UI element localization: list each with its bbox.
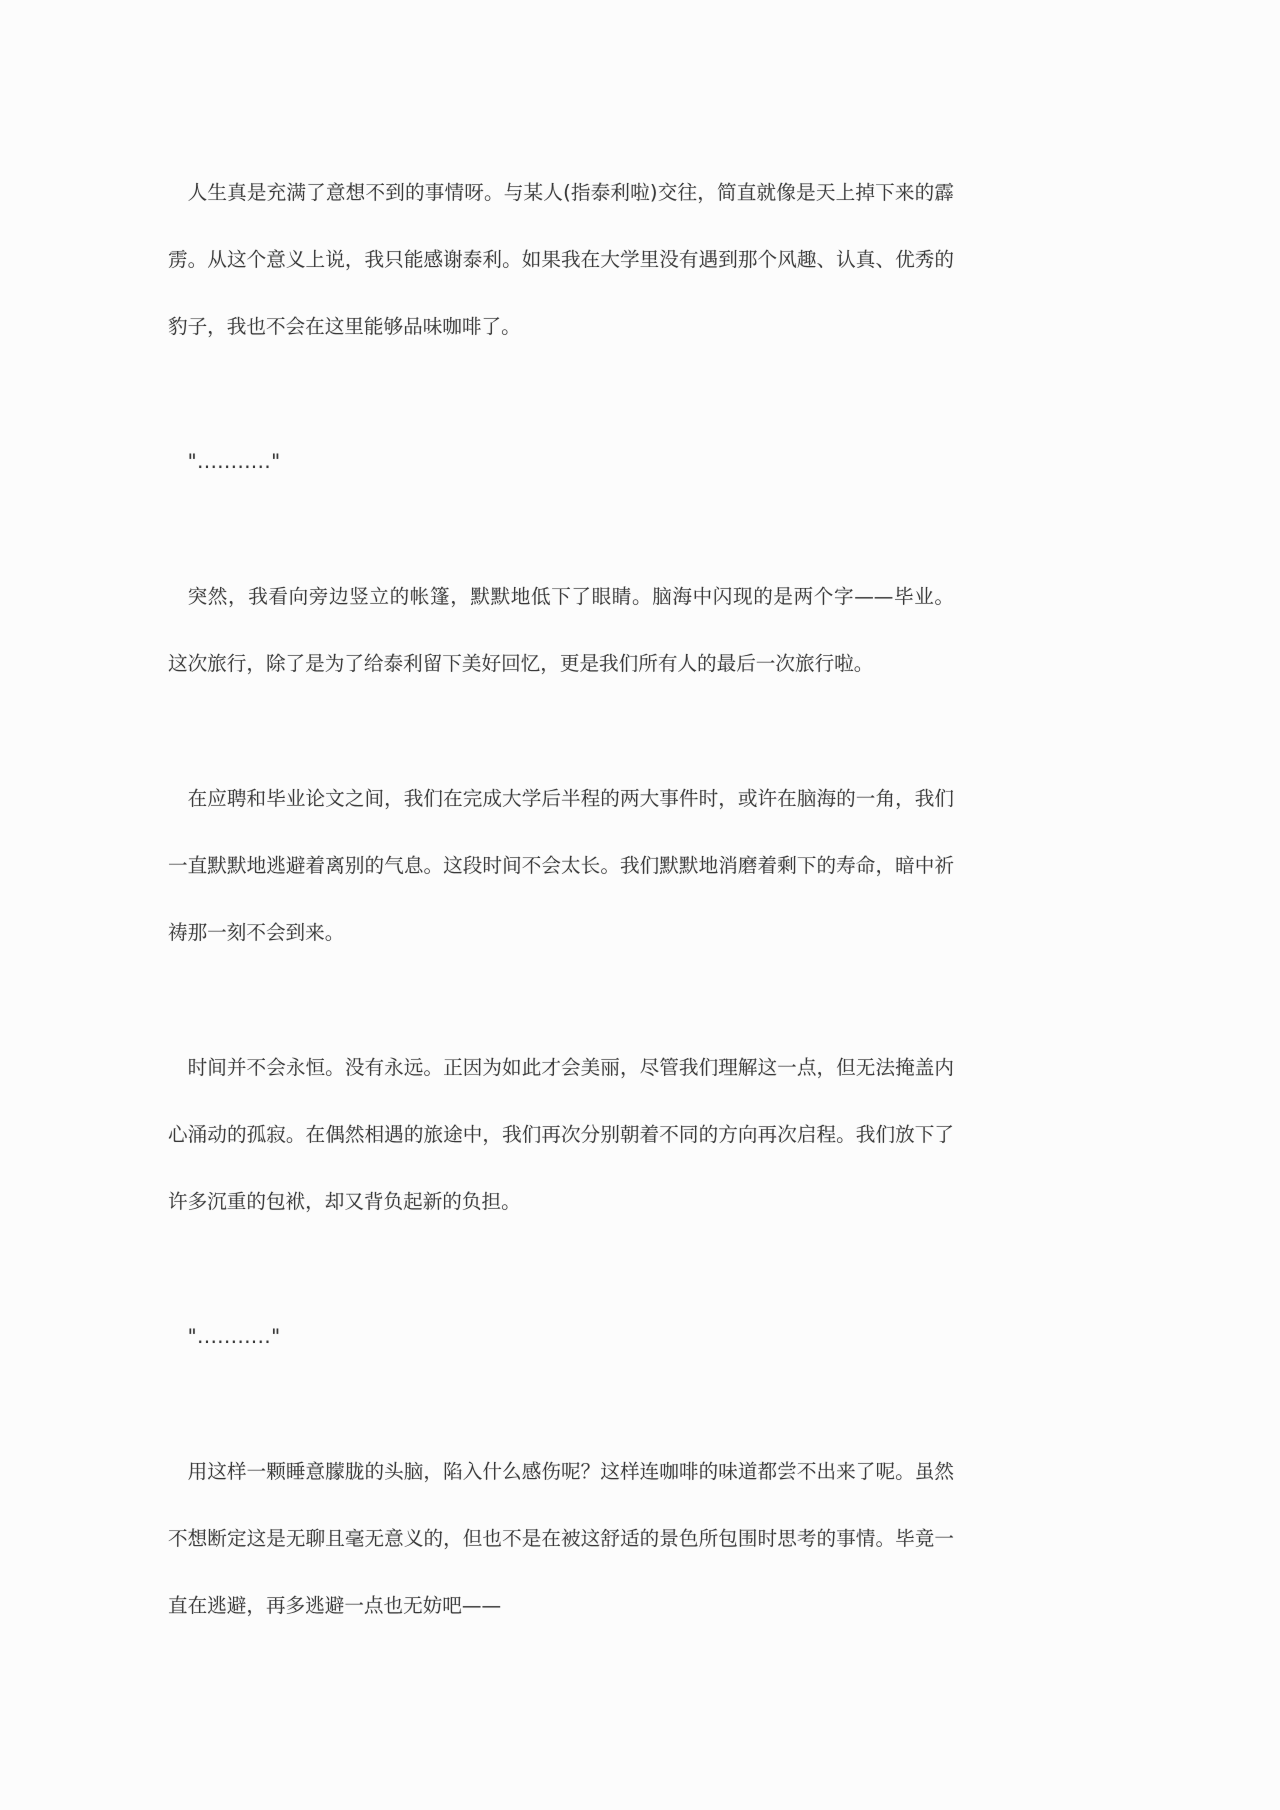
text-line: 心涌动的孤寂。在偶然相遇的旅途中，我们再次分别朝着不同的方向再次启程。我们放下了: [168, 1101, 954, 1168]
text-line: 用这样一颗睡意朦胧的头脑，陷入什么感伤呢？这样连咖啡的味道都尝不出来了呢。虽然: [168, 1438, 954, 1505]
document-page: 人生真是充满了意想不到的事情呀。与某人(指泰利啦)交往，简直就像是天上掉下来的霹…: [0, 0, 1280, 1810]
paragraph-3: 在应聘和毕业论文之间，我们在完成大学后半程的两大事件时，或许在脑海的一角，我们 …: [168, 765, 954, 966]
text-line: 直在逃避，再多逃避一点也无妨吧——: [168, 1572, 954, 1639]
text-line: 许多沉重的包袱，却又背负起新的负担。: [168, 1168, 954, 1235]
text-line: 一直默默地逃避着离别的气息。这段时间不会太长。我们默默地消磨着剩下的寿命，暗中祈: [168, 832, 954, 899]
paragraph-2: 突然，我看向旁边竖立的帐篷，默默地低下了眼睛。脑海中闪现的是两个字——毕业。 这…: [168, 563, 954, 697]
paragraph-5: 用这样一颗睡意朦胧的头脑，陷入什么感伤呢？这样连咖啡的味道都尝不出来了呢。虽然 …: [168, 1438, 954, 1639]
text-line: 突然，我看向旁边竖立的帐篷，默默地低下了眼睛。脑海中闪现的是两个字——毕业。: [168, 563, 954, 630]
paragraph-4: 时间并不会永恒。没有永远。正因为如此才会美丽，尽管我们理解这一点，但无法掩盖内 …: [168, 1034, 954, 1235]
text-line: 这次旅行，除了是为了给泰利留下美好回忆，更是我们所有人的最后一次旅行啦。: [168, 630, 954, 697]
paragraph-1: 人生真是充满了意想不到的事情呀。与某人(指泰利啦)交往，简直就像是天上掉下来的霹…: [168, 159, 954, 360]
ellipsis-quote-line: "...........": [168, 1303, 954, 1370]
quote-1: "...........": [168, 428, 954, 495]
text-line: 豹子，我也不会在这里能够品味咖啡了。: [168, 293, 954, 360]
text-line: 祷那一刻不会到来。: [168, 899, 954, 966]
text-line: 雳。从这个意义上说，我只能感谢泰利。如果我在大学里没有遇到那个风趣、认真、优秀的: [168, 226, 954, 293]
text-line: 人生真是充满了意想不到的事情呀。与某人(指泰利啦)交往，简直就像是天上掉下来的霹: [168, 159, 954, 226]
text-line: 不想断定这是无聊且毫无意义的，但也不是在被这舒适的景色所包围时思考的事情。毕竟一: [168, 1505, 954, 1572]
ellipsis-quote-line: "...........": [168, 428, 954, 495]
quote-2: "...........": [168, 1303, 954, 1370]
text-line: 时间并不会永恒。没有永远。正因为如此才会美丽，尽管我们理解这一点，但无法掩盖内: [168, 1034, 954, 1101]
text-line: 在应聘和毕业论文之间，我们在完成大学后半程的两大事件时，或许在脑海的一角，我们: [168, 765, 954, 832]
